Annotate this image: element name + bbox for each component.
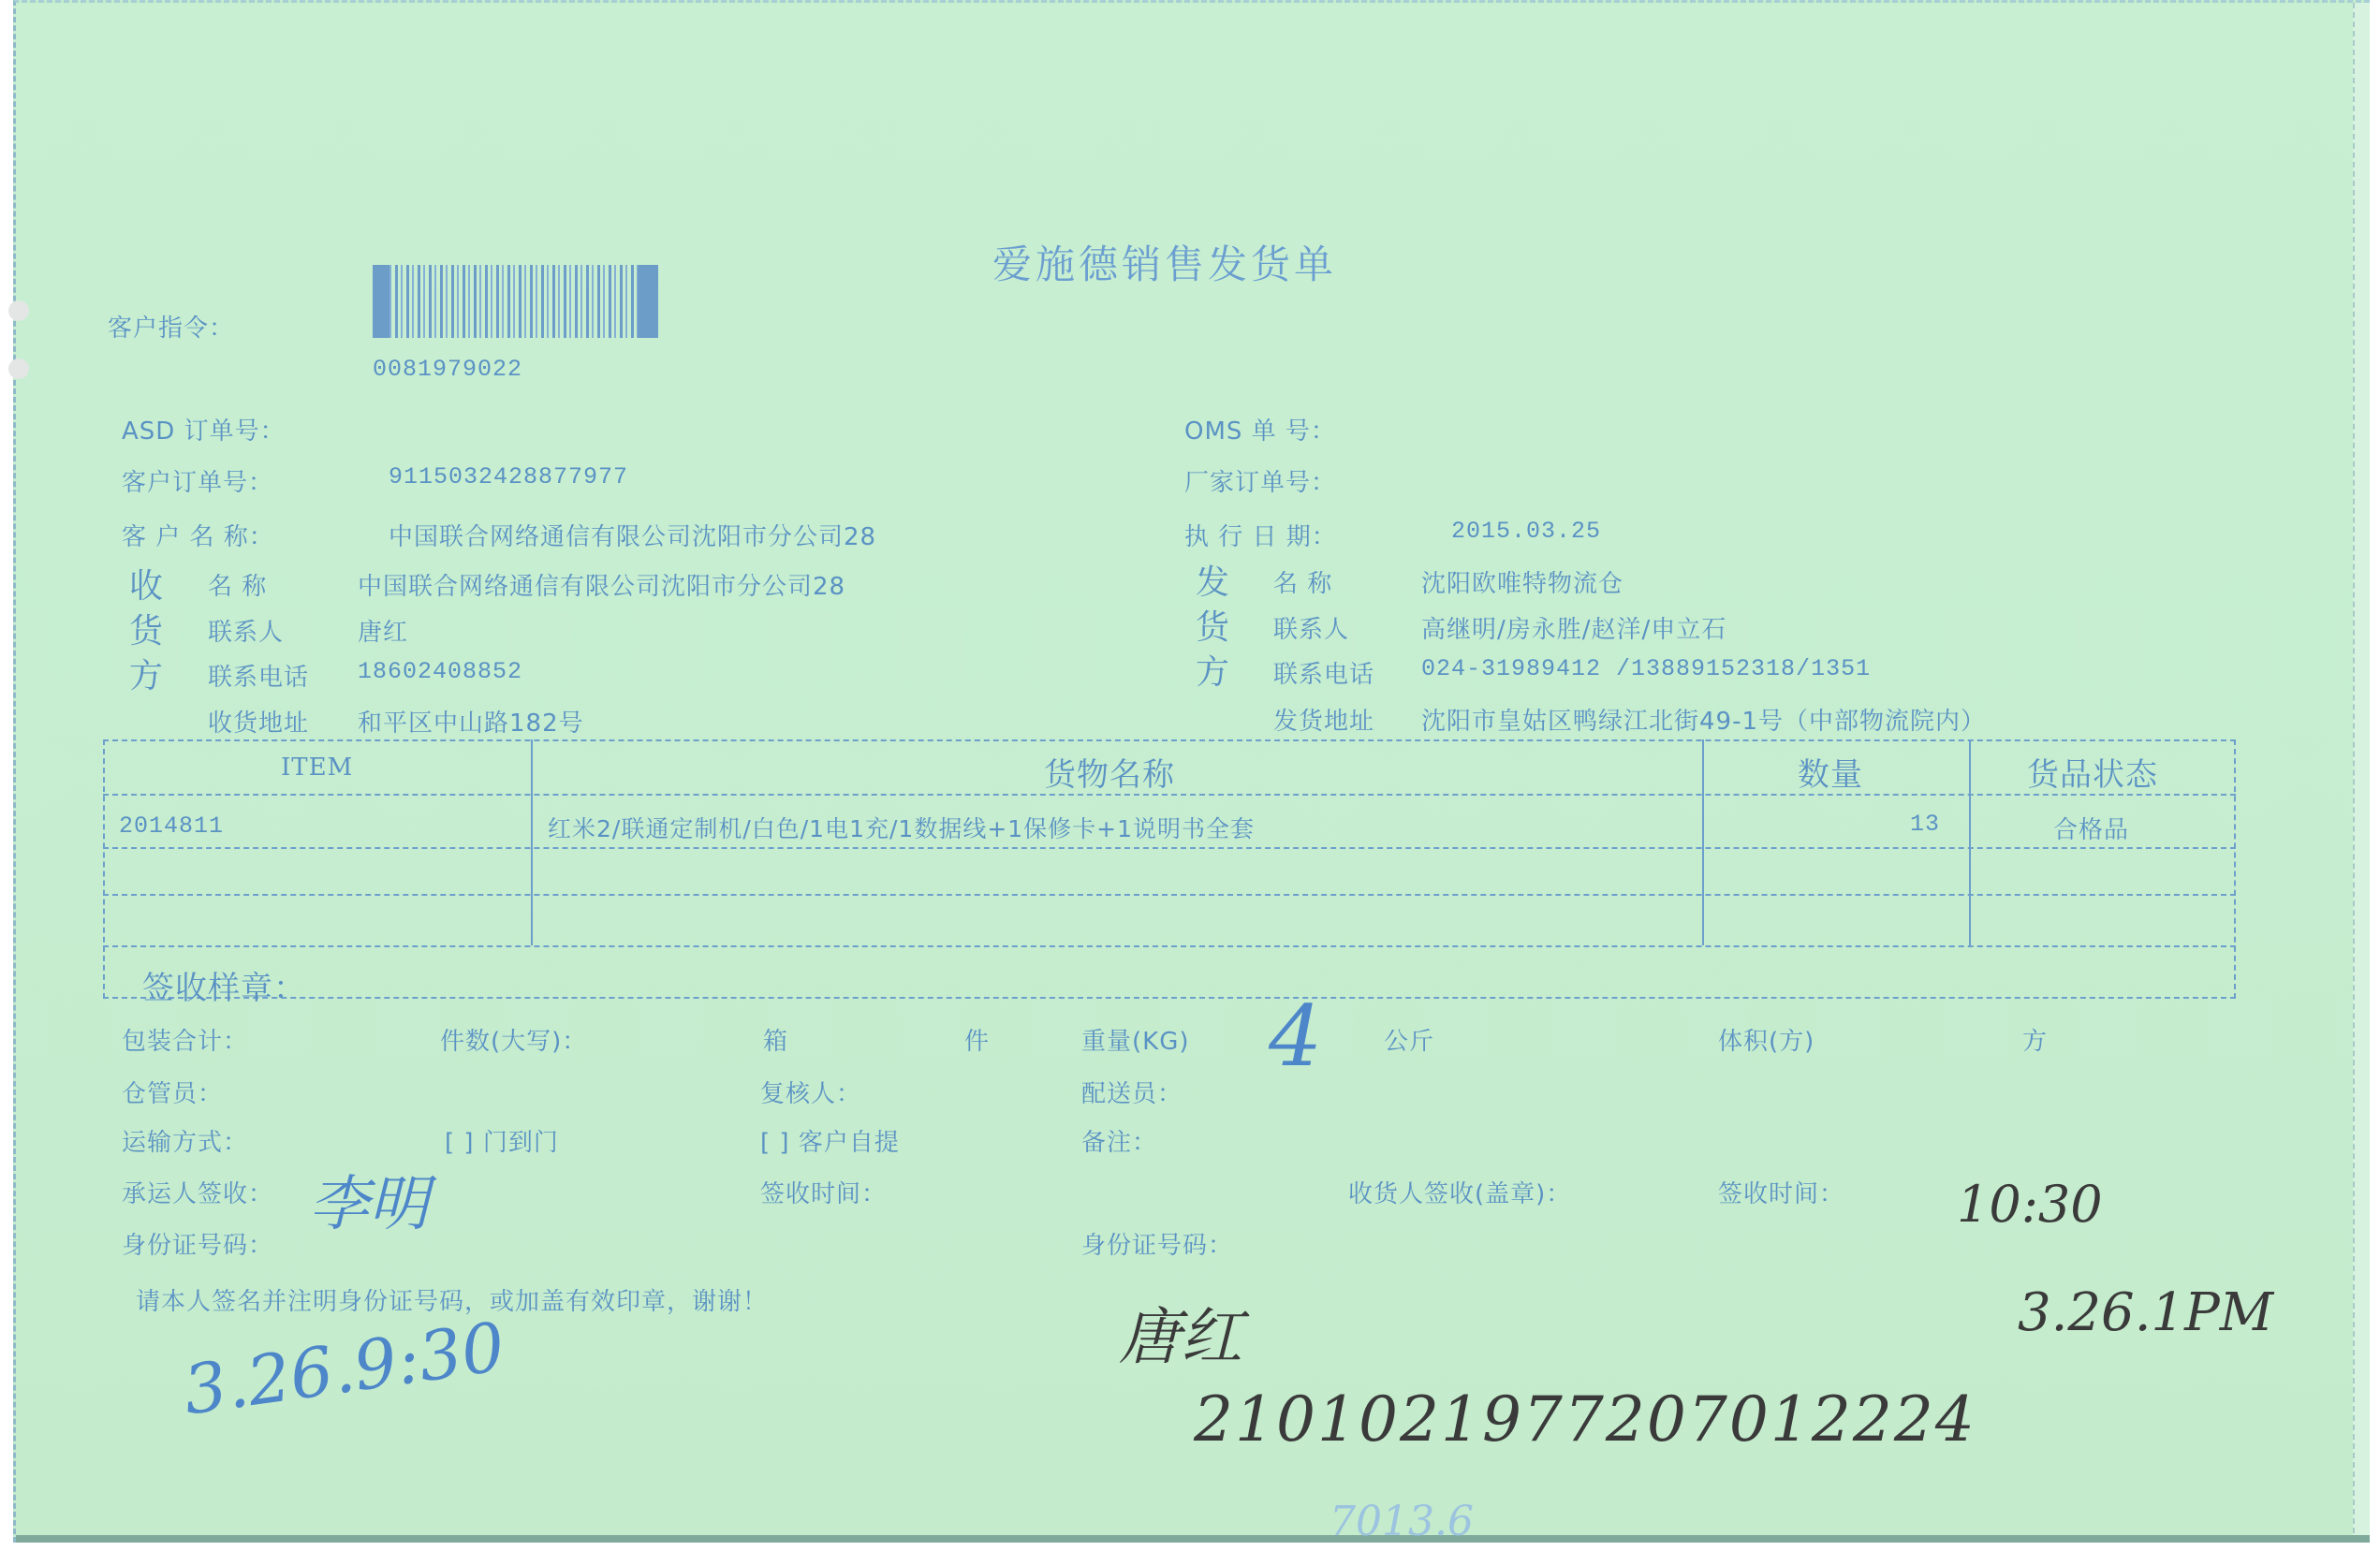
sign-time-label: 签收时间：: [760, 1175, 887, 1209]
volume-unit: 方: [2022, 1022, 2048, 1057]
column-header-quantity: 数量: [1798, 749, 1863, 795]
shipper-contact-label: 联系人: [1273, 610, 1349, 645]
table-divider: [1702, 739, 1704, 945]
id-number-label: 身份证号码：: [1081, 1226, 1233, 1261]
table-divider: [103, 847, 2236, 849]
table-row: 2014811: [119, 812, 224, 840]
shipper-name-value: 沈阳欧唯特物流仓: [1421, 564, 1623, 599]
delivery-person-label: 配送员：: [1081, 1075, 1183, 1109]
shipper-contact-value: 高继明/房永胜/赵洋/申立石: [1421, 610, 1726, 645]
table-row: 合格品: [2053, 811, 2129, 845]
shipper-name-label: 名 称: [1273, 564, 1332, 599]
asd-order-label: ASD 订单号：: [122, 412, 286, 446]
table-row: 红米2/联通定制机/白色/1电1充/1数据线+1保修卡+1说明书全套: [548, 811, 1255, 844]
document-title: 爱施德销售发货单: [992, 234, 1337, 290]
paper-edge: [2353, 3, 2370, 1543]
weight-value: 4: [1269, 988, 1322, 1086]
receive-time: 10:30: [1957, 1175, 2103, 1234]
shipper-address-value: 沈阳市皇姑区鸭绿江北街49-1号（中部物流院内）: [1421, 702, 1986, 737]
shipper-side-char: 方: [1196, 646, 1230, 694]
receiver-sign-label: 收货人签收(盖章)：: [1348, 1175, 1571, 1209]
weight-unit: 公斤: [1384, 1022, 1434, 1057]
self-pickup-option[interactable]: [ ] 客户自提: [760, 1123, 900, 1158]
column-header-status: 货品状态: [2027, 749, 2158, 795]
vendor-order-label: 厂家订单号：: [1184, 463, 1336, 498]
receiver-name-label: 名 称: [208, 567, 267, 602]
receiver-id-handwritten: 2101021977207012224: [1194, 1383, 1976, 1456]
receiver-side-char: 货: [129, 605, 164, 652]
carrier-signature: 李明: [309, 1156, 429, 1242]
customer-order-value: 9115032428877977: [389, 463, 628, 490]
receiver-side-char: 收: [129, 560, 164, 607]
customer-name-value: 中国联合网络通信有限公司沈阳市分公司28: [389, 518, 876, 552]
receiver-contact-label: 联系人: [208, 613, 284, 648]
shipper-side-char: 发: [1196, 556, 1230, 604]
receiver-phone-value: 18602408852: [358, 658, 522, 685]
receive-date-handwritten: 3.26.1PM: [2018, 1282, 2273, 1343]
customer-name-label: 客 户 名 称：: [122, 518, 274, 552]
receiver-sign-time-label: 签收时间：: [1718, 1175, 1844, 1209]
transport-label: 运输方式：: [122, 1123, 248, 1158]
receiver-phone-label: 联系电话: [208, 658, 309, 693]
receiver-signature: 唐红: [1119, 1287, 1242, 1376]
oms-label: OMS 单 号：: [1184, 412, 1336, 446]
receiver-side-char: 方: [129, 650, 164, 697]
remarks-label: 备注：: [1081, 1123, 1157, 1158]
table-divider: [531, 739, 533, 945]
door-to-door-option[interactable]: [ ] 门到门: [445, 1123, 559, 1158]
shipper-address-label: 发货地址: [1273, 702, 1374, 737]
receiver-contact-value: 唐红: [358, 613, 408, 648]
customer-order-label: 客户订单号：: [122, 463, 273, 498]
exec-date-value: 2015.03.25: [1451, 518, 1601, 545]
faint-note: 7013.6: [1330, 1498, 1474, 1545]
pieces-upper-label: 件数(大写)：: [440, 1022, 587, 1057]
id-number-label: 身份证号码：: [122, 1226, 273, 1261]
barcode: [373, 265, 658, 338]
column-header-item: ITEM: [281, 754, 353, 782]
signature-notice: 请本人签名并注明身份证号码，或加盖有效印章，谢谢！: [136, 1282, 768, 1317]
punch-hole: [8, 300, 29, 321]
box-label: 箱: [763, 1022, 788, 1057]
receiver-address-label: 收货地址: [208, 704, 309, 739]
shipper-side-char: 货: [1196, 601, 1230, 649]
volume-label: 体积(方): [1718, 1022, 1814, 1057]
sign-stamp-label: 签收样章：: [142, 962, 306, 1008]
warehouse-keeper-label: 仓管员：: [122, 1075, 223, 1109]
piece-label: 件: [964, 1022, 990, 1057]
table-divider: [103, 894, 2236, 896]
shipper-phone-value: 024-31989412 /13889152318/1351: [1421, 655, 1871, 682]
barcode-number: 0081979022: [373, 356, 522, 383]
receiver-address-value: 和平区中山路182号: [358, 704, 584, 739]
table-divider: [1969, 739, 1971, 945]
punch-hole: [8, 358, 29, 379]
receiver-name-value: 中国联合网络通信有限公司沈阳市分公司28: [358, 567, 845, 602]
weight-label: 重量(KG): [1081, 1022, 1190, 1057]
customer-instruction-label: 客户指令：: [108, 309, 234, 344]
reviewer-label: 复核人：: [760, 1075, 861, 1109]
column-header-goods-name: 货物名称: [1044, 749, 1175, 795]
carrier-sign-label: 承运人签收：: [122, 1175, 273, 1209]
shipper-phone-label: 联系电话: [1273, 655, 1374, 690]
table-row: 13: [1910, 811, 1940, 838]
package-total-label: 包装合计：: [122, 1022, 248, 1057]
exec-date-label: 执 行 日 期：: [1184, 518, 1337, 552]
table-divider: [103, 945, 2236, 947]
